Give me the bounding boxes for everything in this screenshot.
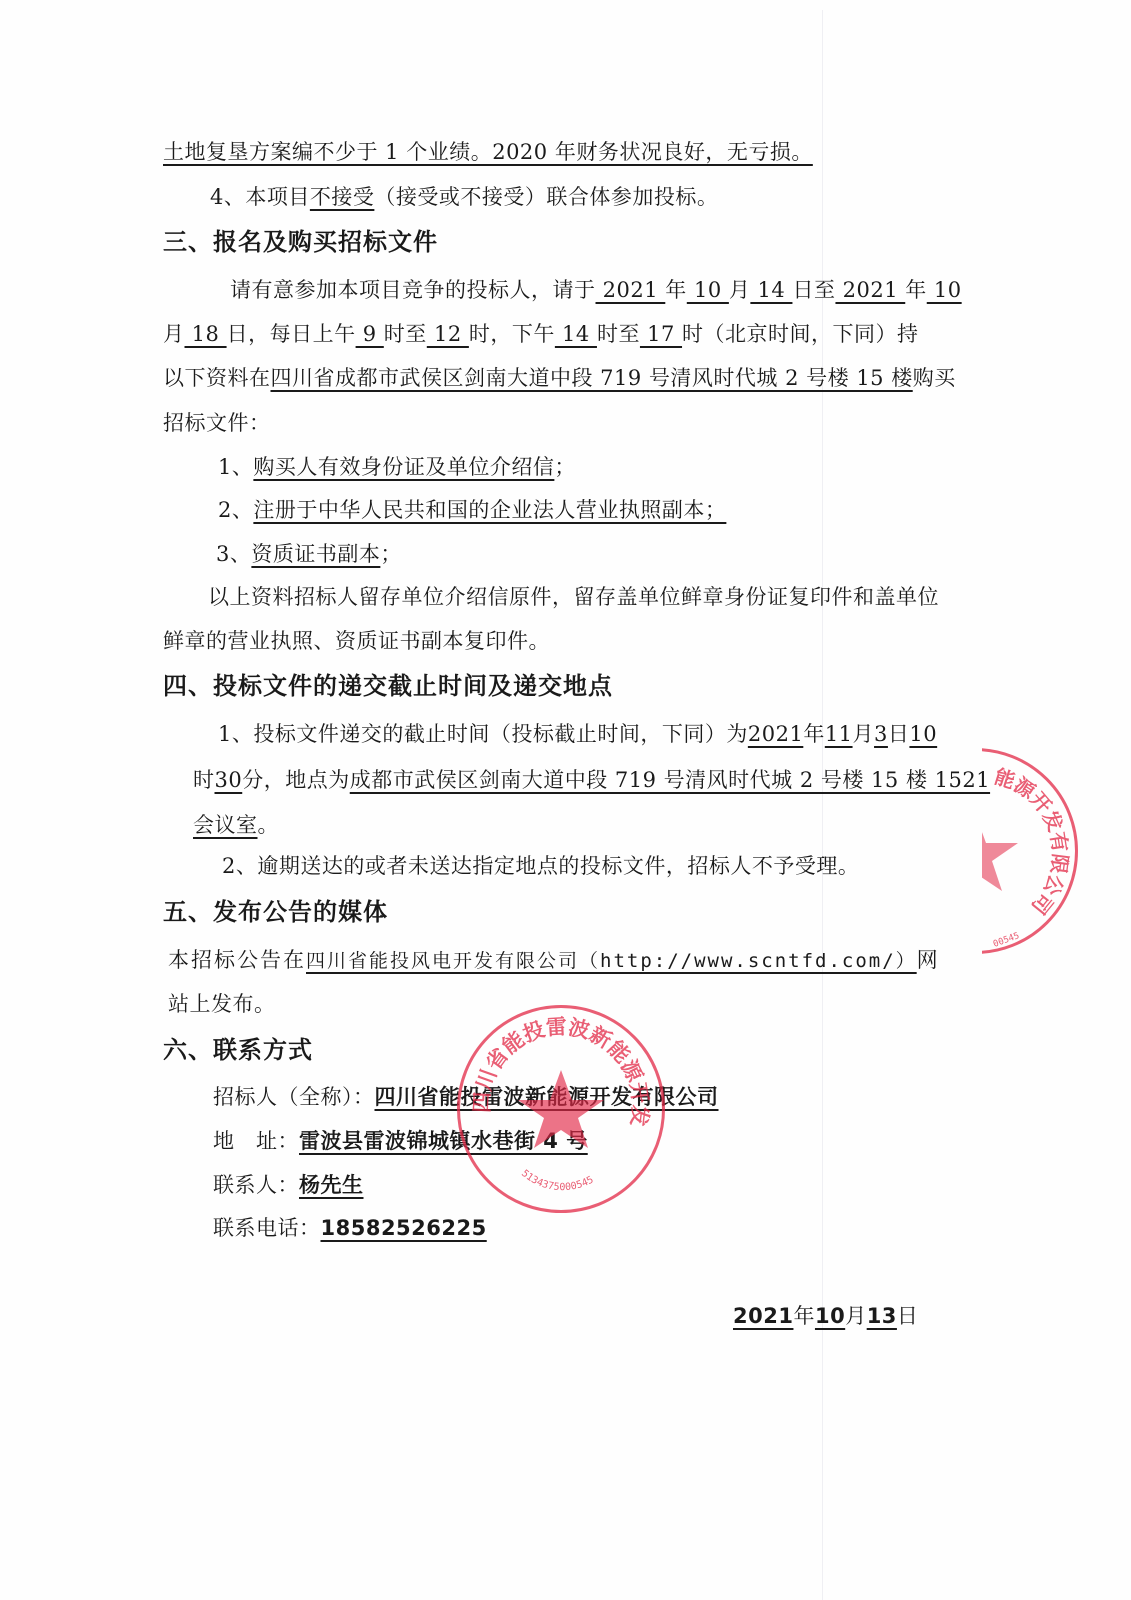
submission-room: 会议室 xyxy=(193,813,258,837)
deadline-month: 11 xyxy=(825,722,853,746)
text: 以下资料在 xyxy=(163,366,271,390)
text: 年 xyxy=(665,278,687,302)
deadline-minute: 30 xyxy=(215,768,243,792)
contact-phone: 联系电话：18582526225 xyxy=(213,1214,652,1242)
consortium-line: 4、本项目不接受（接受或不接受）联合体参加投标。 xyxy=(210,183,718,211)
text: 时至 xyxy=(384,322,427,346)
item-tail: ； xyxy=(554,455,576,479)
text: 年 xyxy=(793,1304,815,1328)
contact-tenderer: 招标人（全称）：四川省能投雷波新能源开发有限公司 xyxy=(213,1083,741,1111)
document-page: 土地复垦方案编不少于 1 个业绩。2020 年财务状况良好，无亏损。 4、本项目… xyxy=(0,0,1131,1600)
section3-heading: 三、报名及购买招标文件 xyxy=(163,227,438,257)
deadline-line-3: 会议室。 xyxy=(193,811,279,839)
media-website: 四川省能投风电开发有限公司（http://www.scntfd.com/） xyxy=(306,950,917,972)
field-label: 招标人（全称）： xyxy=(213,1085,375,1109)
item-tail: ； xyxy=(380,542,402,566)
consortium-suffix: （接受或不接受）联合体参加投标。 xyxy=(374,185,718,209)
registration-line-4: 招标文件： xyxy=(163,409,271,437)
scan-fold-line xyxy=(822,10,823,1600)
start-day: 14 xyxy=(750,278,792,302)
registration-line-2: 月 18 日，每日上午 9 时至 12 时，下午 14 时至 17 时（北京时间… xyxy=(163,320,919,348)
deadline-line-1: 1、投标文件递交的截止时间（投标截止时间，下同）为2021年11月3日10 xyxy=(218,720,937,748)
item-text: 注册于中华人民共和国的企业法人营业执照副本； xyxy=(253,498,726,522)
item-text: 资质证书副本 xyxy=(251,542,380,566)
section6-heading: 六、联系方式 xyxy=(163,1035,313,1065)
text: 日，每日上午 xyxy=(227,322,356,346)
pm-end: 17 xyxy=(640,322,682,346)
text: 本招标公告在 xyxy=(168,948,306,972)
retention-note-line-1: 以上资料招标人留存单位介绍信原件，留存盖单位鲜章身份证复印件和盖单位 xyxy=(208,583,939,611)
text: 时至 xyxy=(597,322,640,346)
text: 分，地点为 xyxy=(242,768,350,792)
submission-place: 成都市武侯区剑南大道中段 719 号清风时代城 2 号楼 15 楼 1521 xyxy=(350,768,990,792)
seal-serial: 00545 xyxy=(992,931,1021,950)
registration-line-3: 以下资料在四川省成都市武侯区剑南大道中段 719 号清风时代城 2 号楼 15 … xyxy=(163,364,956,392)
deadline-line-2: 时30分，地点为成都市武侯区剑南大道中段 719 号清风时代城 2 号楼 15 … xyxy=(193,766,990,794)
signature-date: 2021年10月13日 xyxy=(733,1302,918,1330)
qualification-text: 土地复垦方案编不少于 1 个业绩。2020 年财务状况良好，无亏损。 xyxy=(163,140,813,164)
date-day: 13 xyxy=(867,1304,897,1328)
text: 时，下午 xyxy=(469,322,555,346)
item-number: 2、 xyxy=(218,498,253,522)
deadline-day: 3 xyxy=(874,722,888,746)
consortium-value: 不接受 xyxy=(310,185,375,209)
start-month: 10 xyxy=(687,278,729,302)
media-line-2: 站上发布。 xyxy=(168,990,276,1018)
date-year: 2021 xyxy=(733,1304,793,1328)
purchase-address: 四川省成都市武侯区剑南大道中段 719 号清风时代城 2 号楼 15 楼 xyxy=(271,366,913,390)
item-text: 购买人有效身份证及单位介绍信 xyxy=(253,455,554,479)
text: 月 xyxy=(845,1304,867,1328)
pm-start: 14 xyxy=(555,322,597,346)
text: 月 xyxy=(729,278,751,302)
item-number: 1、 xyxy=(218,455,253,479)
phone-value: 18582526225 xyxy=(321,1216,652,1240)
seal-star-icon: 能源开发有限公司 00545 xyxy=(982,751,1075,951)
text: 日 xyxy=(897,1304,919,1328)
cross-page-seal-ring: 能源开发有限公司 00545 xyxy=(982,748,1078,954)
contact-person-value: 杨先生 xyxy=(299,1173,744,1197)
required-doc-2: 2、注册于中华人民共和国的企业法人营业执照副本； xyxy=(218,496,726,524)
text: 网 xyxy=(917,948,940,972)
required-doc-1: 1、购买人有效身份证及单位介绍信； xyxy=(218,453,576,481)
late-submission-line: 2、逾期送达的或者未送达指定地点的投标文件，招标人不予受理。 xyxy=(222,852,859,880)
seal-text: 能源开发有限公司 xyxy=(992,764,1073,919)
am-end: 12 xyxy=(427,322,469,346)
end-month: 10 xyxy=(927,278,962,302)
text: 。 xyxy=(258,813,280,837)
text: 时 xyxy=(193,768,215,792)
consortium-prefix: 4、本项目 xyxy=(210,185,310,209)
text: 月 xyxy=(853,722,875,746)
field-label: 联系电话： xyxy=(213,1216,321,1240)
cross-page-seal: 能源开发有限公司 00545 xyxy=(982,748,1131,968)
field-label: 地 址： xyxy=(213,1129,299,1153)
end-day: 18 xyxy=(185,322,227,346)
text: 月 xyxy=(163,322,185,346)
contact-person: 联系人：杨先生 xyxy=(213,1171,744,1199)
retention-note-line-2: 鲜章的营业执照、资质证书副本复印件。 xyxy=(163,627,550,655)
date-month: 10 xyxy=(815,1304,845,1328)
start-year: 2021 xyxy=(596,278,666,302)
text: 日 xyxy=(888,722,910,746)
text: 年 xyxy=(905,278,927,302)
required-doc-3: 3、资质证书副本； xyxy=(216,540,402,568)
media-line-1: 本招标公告在四川省能投风电开发有限公司（http://www.scntfd.co… xyxy=(168,946,940,975)
section5-heading: 五、发布公告的媒体 xyxy=(163,897,388,927)
address-value: 雷波县雷波锦城镇水巷街 4 号 xyxy=(299,1129,778,1153)
item-number: 3、 xyxy=(216,542,251,566)
text: 购买 xyxy=(913,366,956,390)
text: 请有意参加本项目竞争的投标人，请于 xyxy=(230,278,596,302)
qualification-line: 土地复垦方案编不少于 1 个业绩。2020 年财务状况良好，无亏损。 xyxy=(163,138,827,166)
section4-heading: 四、投标文件的递交截止时间及递交地点 xyxy=(163,671,613,701)
text: 日至 xyxy=(792,278,835,302)
am-start: 9 xyxy=(356,322,384,346)
deadline-hour: 10 xyxy=(909,722,937,746)
text: 时（北京时间，下同）持 xyxy=(682,322,919,346)
text: 年 xyxy=(803,722,825,746)
text: 1、投标文件递交的截止时间（投标截止时间，下同）为 xyxy=(218,722,748,746)
deadline-year: 2021 xyxy=(748,722,803,746)
end-year: 2021 xyxy=(835,278,905,302)
contact-address: 地 址：雷波县雷波锦城镇水巷街 4 号 xyxy=(213,1127,778,1155)
registration-line-1: 请有意参加本项目竞争的投标人，请于 2021 年 10 月 14 日至 2021… xyxy=(230,276,962,304)
field-label: 联系人： xyxy=(213,1173,299,1197)
tenderer-name: 四川省能投雷波新能源开发有限公司 xyxy=(375,1085,741,1109)
